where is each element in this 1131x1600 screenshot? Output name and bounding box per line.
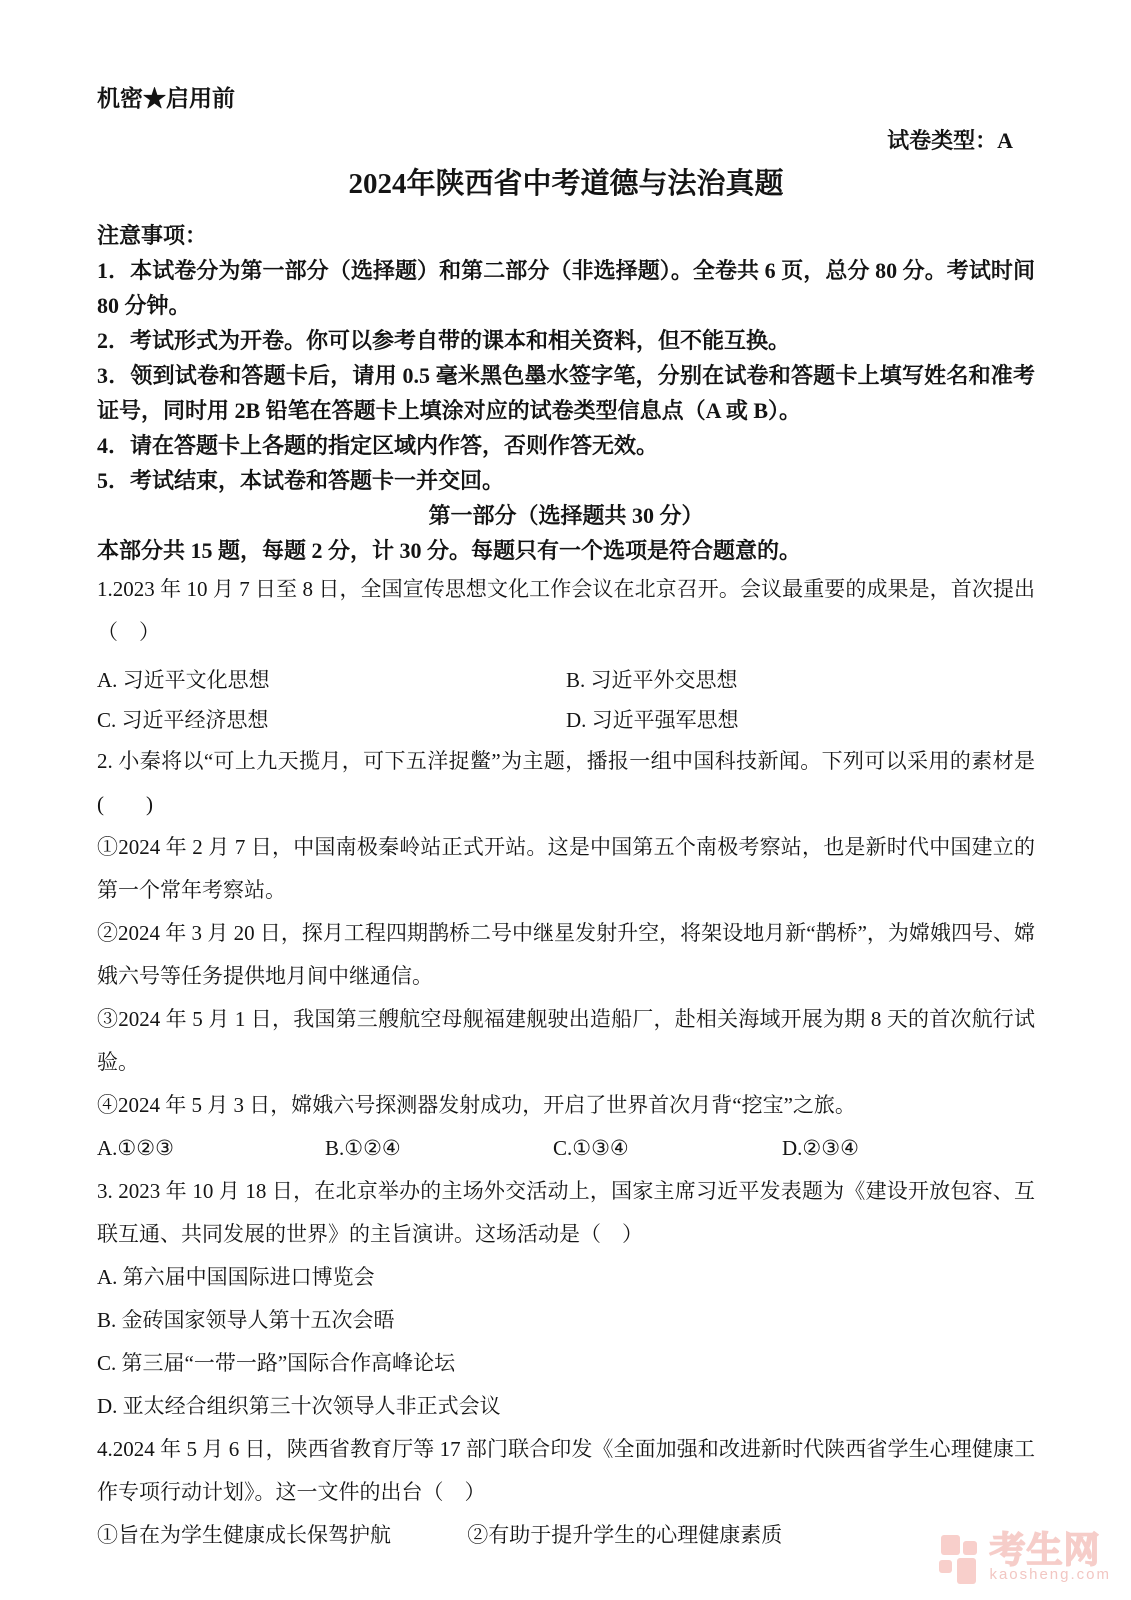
question-1-stem: 1.2023 年 10 月 7 日至 8 日，全国宣传思想文化工作会议在北京召开… (97, 568, 1035, 654)
kaosheng-watermark: 考生网 kaosheng.com (939, 1532, 1111, 1584)
question-4-item-2: ②有助于提升学生的心理健康素质 (467, 1523, 782, 1547)
question-2-options: A.①②③ B.①②④ C.①③④ D.②③④ (97, 1127, 1035, 1170)
question-3-option-c: C. 第三届“一带一路”国际合作高峰论坛 (97, 1342, 1035, 1385)
question-3-option-b: B. 金砖国家领导人第十五次会晤 (97, 1299, 1035, 1342)
question-3-option-a: A. 第六届中国国际进口博览会 (97, 1256, 1035, 1299)
exam-paper-page: 机密★启用前 试卷类型：A 2024年陕西省中考道德与法治真题 注意事项： 1．… (0, 0, 1131, 1600)
question-4-item-1: ①旨在为学生健康成长保驾护航 (97, 1514, 462, 1557)
question-2-option-a: A.①②③ (97, 1127, 325, 1170)
questions-area: 1.2023 年 10 月 7 日至 8 日，全国宣传思想文化工作会议在北京召开… (97, 568, 1035, 1557)
question-2-item-2: ②2024 年 3 月 20 日，探月工程四期鹊桥二号中继星发射升空，将架设地月… (97, 912, 1035, 998)
watermark-site-url: kaosheng.com (989, 1567, 1111, 1582)
paper-type-label: 试卷类型：A (97, 128, 1035, 154)
secrecy-notice: 机密★启用前 (97, 86, 1035, 112)
question-1-option-a: A. 习近平文化思想 (97, 660, 566, 700)
question-2-stem: 2. 小秦将以“可上九天揽月，可下五洋捉鳖”为主题，播报一组中国科技新闻。下列可… (97, 740, 1035, 826)
question-2-option-b: B.①②④ (325, 1127, 553, 1170)
question-2-option-c: C.①③④ (553, 1127, 782, 1170)
question-1-option-b: B. 习近平外交思想 (566, 660, 1035, 700)
question-4-items: ①旨在为学生健康成长保驾护航 ②有助于提升学生的心理健康素质 (97, 1514, 1035, 1557)
question-1-option-d: D. 习近平强军思想 (566, 700, 1035, 740)
question-2-item-4: ④2024 年 5 月 3 日，嫦娥六号探测器发射成功，开启了世界首次月背“挖宝… (97, 1084, 1035, 1127)
notices-heading: 注意事项： (97, 218, 1035, 253)
question-1-options: A. 习近平文化思想 B. 习近平外交思想 C. 习近平经济思想 D. 习近平强… (97, 660, 1035, 740)
question-3-stem: 3. 2023 年 10 月 18 日，在北京举办的主场外交活动上，国家主席习近… (97, 1170, 1035, 1256)
question-2-item-1: ①2024 年 2 月 7 日，中国南极秦岭站正式开站。这是中国第五个南极考察站… (97, 826, 1035, 912)
page-title: 2024年陕西省中考道德与法治真题 (97, 166, 1035, 202)
question-3-option-d: D. 亚太经合组织第三十次领导人非正式会议 (97, 1385, 1035, 1428)
notice-item-1: 1．本试卷分为第一部分（选择题）和第二部分（非选择题）。全卷共 6 页，总分 8… (97, 253, 1035, 323)
question-4-stem: 4.2024 年 5 月 6 日，陕西省教育厅等 17 部门联合印发《全面加强和… (97, 1428, 1035, 1514)
question-1-option-c: C. 习近平经济思想 (97, 700, 566, 740)
question-2-item-3: ③2024 年 5 月 1 日，我国第三艘航空母舰福建舰驶出造船厂，赴相关海域开… (97, 998, 1035, 1084)
notice-item-2: 2．考试形式为开卷。你可以参考自带的课本和相关资料，但不能互换。 (97, 323, 1035, 358)
notice-item-3: 3．领到试卷和答题卡后，请用 0.5 毫米黑色墨水签字笔，分别在试卷和答题卡上填… (97, 358, 1035, 428)
section-intro: 本部分共 15 题，每题 2 分，计 30 分。每题只有一个选项是符合题意的。 (97, 533, 1035, 568)
question-2-option-d: D.②③④ (782, 1127, 1035, 1170)
notice-item-4: 4．请在答题卡上各题的指定区域内作答，否则作答无效。 (97, 428, 1035, 463)
notice-item-5: 5．考试结束，本试卷和答题卡一并交回。 (97, 463, 1035, 498)
exam-notices: 注意事项： 1．本试卷分为第一部分（选择题）和第二部分（非选择题）。全卷共 6 … (97, 218, 1035, 498)
kaosheng-watermark-texts: 考生网 kaosheng.com (989, 1532, 1111, 1582)
watermark-site-name: 考生网 (989, 1532, 1111, 1568)
section-heading: 第一部分（选择题共 30 分） (97, 498, 1035, 533)
kaosheng-logo-icon (939, 1535, 979, 1584)
